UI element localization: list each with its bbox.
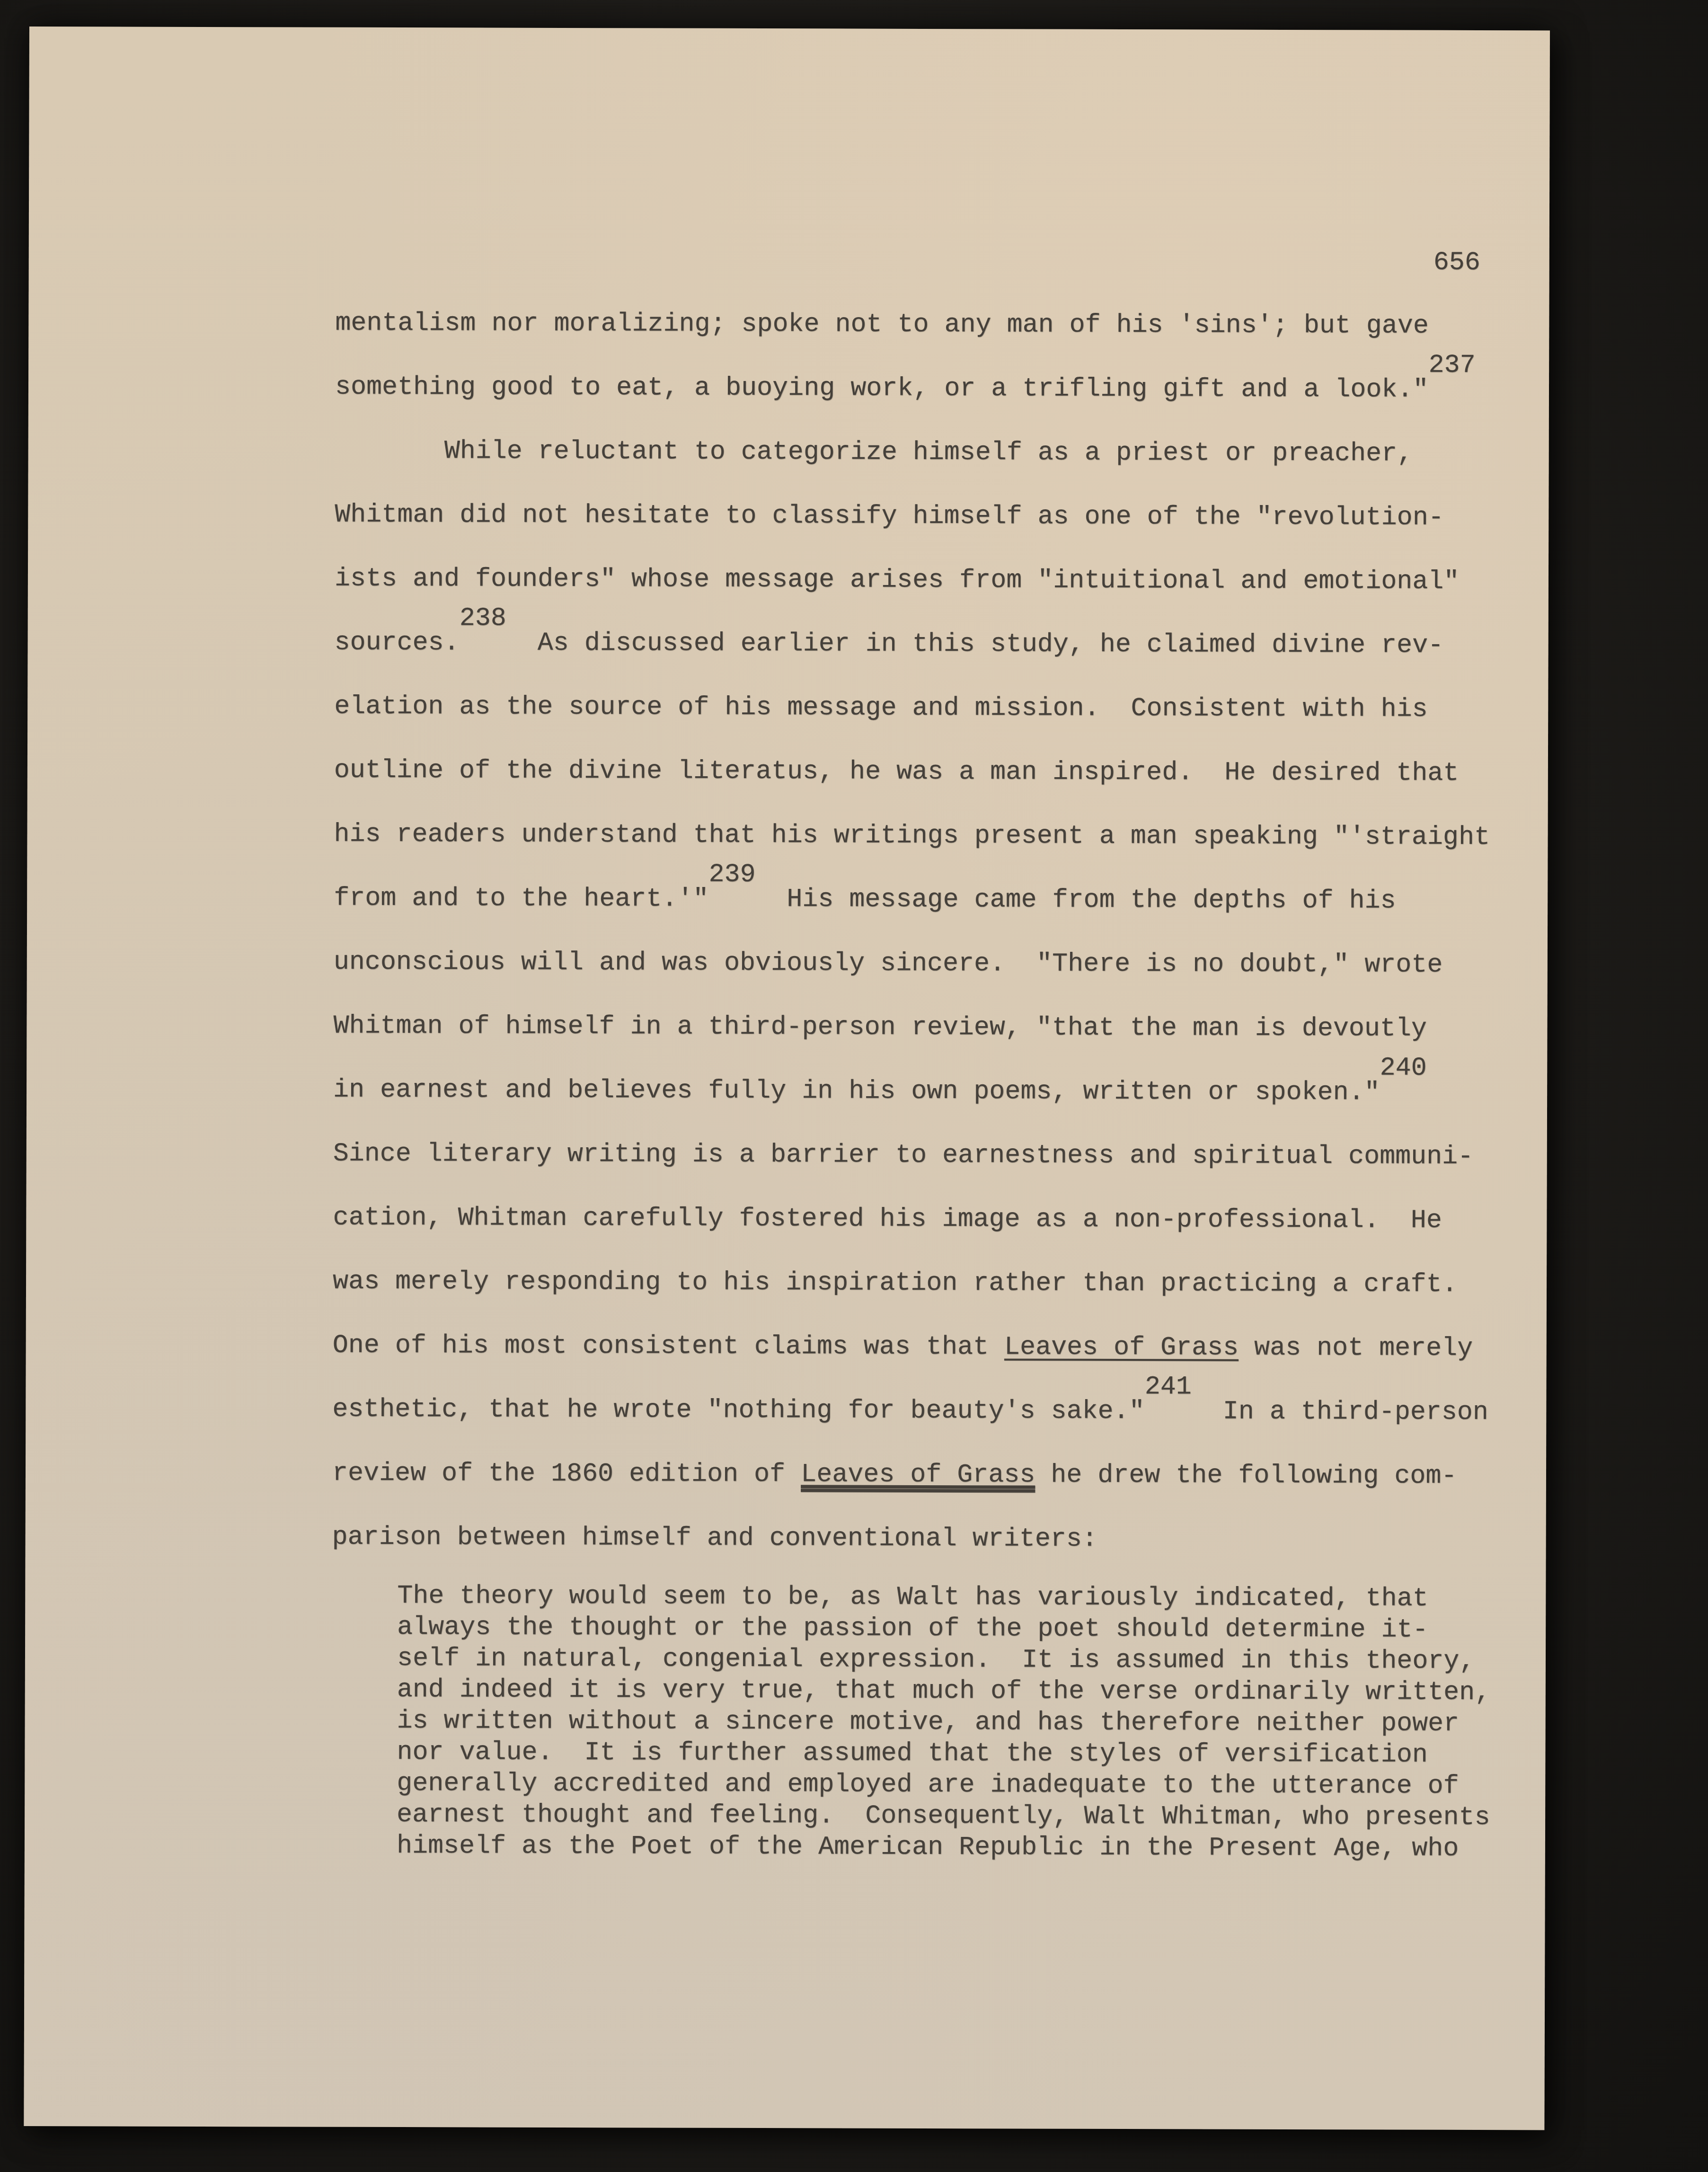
text-segment: himself as the Poet of the American Repu…	[397, 1831, 1459, 1863]
page-number: 656	[1434, 249, 1480, 275]
text-segment: his readers understand that his writings…	[334, 819, 1490, 852]
text-segment: in earnest and believes fully in his own…	[333, 1075, 1380, 1108]
text-segment: In a third-person	[1192, 1396, 1488, 1427]
text-line: review of the 1860 edition of Leaves of …	[332, 1441, 1525, 1508]
text-segment: from and to the heart.'"	[334, 883, 708, 914]
text-segment: parison between himself and conventional…	[332, 1522, 1097, 1554]
text-line: outline of the divine literatus, he was …	[334, 738, 1527, 806]
footnote-reference: 241	[1145, 1355, 1192, 1418]
text-line: self in natural, congenial expression. I…	[397, 1643, 1557, 1677]
text-segment: he drew the following com-	[1035, 1460, 1457, 1491]
text-segment: As discussed earlier in this study, he c…	[506, 628, 1443, 660]
text-line: Whitman did not hesitate to classify him…	[335, 483, 1527, 550]
text-segment: earnest thought and feeling. Consequentl…	[397, 1800, 1490, 1832]
text-line: always the thought or the passion of the…	[397, 1612, 1557, 1646]
text-segment: review of the 1860 edition of	[332, 1458, 801, 1489]
text-line: generally accredited and employed are in…	[397, 1768, 1556, 1802]
underlined-book-title: Leaves of Grass	[801, 1459, 1035, 1489]
text-segment: always the thought or the passion of the…	[397, 1612, 1428, 1645]
text-line: One of his most consistent claims was th…	[333, 1313, 1525, 1381]
text-line: ists and founders" whose message arises …	[335, 547, 1527, 614]
typewritten-page: 656 mentalism nor moralizing; spoke not …	[24, 27, 1550, 2130]
text-line: mentalism nor moralizing; spoke not to a…	[335, 291, 1528, 358]
text-line: cation, Whitman carefully fostered his i…	[333, 1186, 1525, 1253]
text-line: and indeed it is very true, that much of…	[397, 1674, 1557, 1708]
text-segment: Whitman did not hesitate to classify him…	[335, 500, 1444, 532]
text-line: Whitman of himself in a third-person rev…	[333, 994, 1526, 1061]
text-segment: mentalism nor moralizing; spoke not to a…	[335, 308, 1429, 341]
footnote-reference: 238	[460, 586, 506, 650]
footnote-reference: 239	[708, 842, 755, 906]
text-line: himself as the Poet of the American Repu…	[397, 1830, 1556, 1864]
footnote-reference: 240	[1380, 1036, 1426, 1099]
text-line: While reluctant to categorize himself as…	[335, 419, 1527, 486]
text-line: earnest thought and feeling. Consequentl…	[397, 1799, 1556, 1833]
text-line: his readers understand that his writings…	[334, 802, 1526, 869]
text-line: elation as the source of his message and…	[334, 674, 1527, 742]
block-quote: The theory would seem to be, as Walt has…	[397, 1580, 1557, 1864]
main-paragraphs: mentalism nor moralizing; spoke not to a…	[332, 291, 1528, 1572]
text-segment: and indeed it is very true, that much of…	[397, 1675, 1491, 1707]
text-line: is written without a sincere motive, and…	[397, 1705, 1557, 1739]
text-segment: Whitman of himself in a third-person rev…	[333, 1011, 1427, 1044]
text-segment: The theory would seem to be, as Walt has…	[397, 1581, 1428, 1613]
text-segment: While reluctant to categorize himself as…	[335, 436, 1413, 469]
text-segment: elation as the source of his message and…	[334, 691, 1428, 724]
text-line: was merely responding to his inspiration…	[333, 1250, 1525, 1317]
text-segment: nor value. It is further assumed that th…	[397, 1737, 1428, 1770]
text-segment: is written without a sincere motive, and…	[397, 1706, 1460, 1738]
text-line: nor value. It is further assumed that th…	[397, 1737, 1556, 1771]
scanner-background: 656 mentalism nor moralizing; spoke not …	[0, 0, 1708, 2172]
text-segment: sources.	[335, 628, 460, 658]
text-line: The theory would seem to be, as Walt has…	[397, 1580, 1557, 1614]
text-line: in earnest and believes fully in his own…	[333, 1058, 1526, 1125]
text-segment: His message came from the depths of his	[755, 884, 1396, 916]
text-segment: One of his most consistent claims was th…	[333, 1330, 1004, 1362]
text-line: sources.238 As discussed earlier in this…	[334, 611, 1527, 678]
text-line: from and to the heart.'"239 His message …	[334, 866, 1526, 933]
text-segment: cation, Whitman carefully fostered his i…	[333, 1203, 1442, 1235]
text-line: unconscious will and was obviously since…	[334, 930, 1526, 997]
text-segment: unconscious will and was obviously since…	[334, 947, 1443, 980]
text-line: Since literary writing is a barrier to e…	[333, 1122, 1526, 1189]
underlined-book-title: Leaves of Grass	[1004, 1332, 1239, 1362]
footnote-reference: 237	[1428, 333, 1475, 397]
text-segment: esthetic, that he wrote "nothing for bea…	[332, 1394, 1144, 1426]
text-segment: something good to eat, a buoying work, o…	[335, 372, 1429, 405]
text-line: parison between himself and conventional…	[332, 1505, 1524, 1572]
text-segment: self in natural, congenial expression. I…	[397, 1643, 1475, 1676]
text-line: esthetic, that he wrote "nothing for bea…	[332, 1377, 1525, 1445]
text-line: something good to eat, a buoying work, o…	[335, 355, 1528, 422]
text-segment: was merely responding to his inspiration…	[333, 1267, 1458, 1299]
text-segment: was not merely	[1239, 1333, 1473, 1363]
text-segment: Since literary writing is a barrier to e…	[333, 1139, 1474, 1171]
text-segment: outline of the divine literatus, he was …	[334, 755, 1459, 788]
text-segment: generally accredited and employed are in…	[397, 1768, 1459, 1801]
